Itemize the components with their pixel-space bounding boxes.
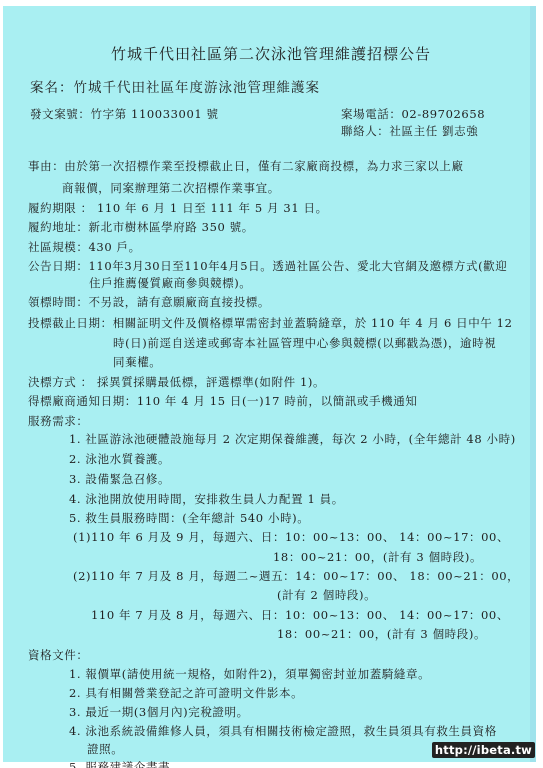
notify-date: 得標廠商通知日期：110 年 4 月 15 日(一)17 時前，以簡訊或手機通知 <box>28 394 417 408</box>
schedule-line: (計有 2 個時段)。 <box>277 588 376 602</box>
announce-line-1: 公告日期：110年3月30日至110年4月5日。透過社區公告、愛北大官網及邀標方… <box>28 259 507 273</box>
qualification-item: 2. 具有相關營業登記之許可證明文件影本。 <box>69 686 303 700</box>
service-item: 5. 救生員服務時間：(全年總計 540 小時)。 <box>69 511 309 525</box>
deadline-line-1: 投標截止日期：相關証明文件及價格標單需密封並蓋騎縫章，於 110 年 4 月 6… <box>28 316 513 330</box>
qualification-heading: 資格文件： <box>28 648 89 662</box>
schedule-line: (1)110 年 6 月及 9 月，每週六、日：10：00~13：00、 14：… <box>73 530 509 544</box>
scale: 社區規模：430 戶。 <box>28 240 141 254</box>
doc-number: 發文案號：竹字第 110033001 號 <box>30 107 219 121</box>
reason-line-1: 事由：由於第一次招標作業至投標截止日，僅有二家廠商投標，為力求三家以上廠 <box>28 159 464 173</box>
deadline-line-3: 同棄權。 <box>113 355 161 369</box>
service-heading: 服務需求： <box>28 414 89 428</box>
award-method: 決標方式 ： 採異質採購最低標，評選標準(如附件 1)。 <box>28 375 325 389</box>
service-item: 3. 設備緊急召修。 <box>69 472 170 486</box>
address: 履約地址：新北市樹林區學府路 350 號。 <box>28 220 254 234</box>
phone: 案場電話：02-89702658 <box>341 107 485 121</box>
schedule-line: (2)110 年 7 月及 8 月，每週二~週五：14：00~17：00、 18… <box>73 569 519 583</box>
contact: 聯絡人：社區主任 劉志強 <box>341 124 478 138</box>
qualification-item: 3. 最近一期(3個月內)完稅證明。 <box>69 705 249 719</box>
service-item: 2. 泳池水質養護。 <box>69 452 170 466</box>
schedule-line: 18：00~21：00，(計有 3 個時段)。 <box>273 550 482 564</box>
qualification-item: 5. 服務建議企畫書。 <box>69 760 182 768</box>
pickup-time: 領標時間：不另設，請有意願廠商直接投標。 <box>28 295 270 309</box>
case-name: 案名：竹城千代田社區年度游泳池管理維護案 <box>30 81 320 95</box>
page-title: 竹城千代田社區第二次泳池管理維護招標公告 <box>111 47 431 61</box>
term: 履約期限 ： 110 年 6 月 1 日至 111 年 5 月 31 日。 <box>28 201 328 215</box>
schedule-line: 110 年 7 月及 8 月，每週六、日：10：00~13：00、 14：00~… <box>91 608 509 622</box>
announce-line-2: 住戶推薦優質廠商參與競標)。 <box>89 276 251 290</box>
qualification-item-cont: 證照。 <box>87 742 123 756</box>
watermark: http://ibeta.tw <box>432 742 535 758</box>
page-edge-shadow <box>530 6 536 762</box>
qualification-item: 1. 報價單(請使用統一規格，如附件2)，須單獨密封並加蓋騎縫章。 <box>69 667 430 681</box>
qualification-item: 4. 泳池系統設備維修人員，須具有相關技術檢定證照，救生員須具有救生員資格 <box>69 724 497 738</box>
reason-line-2: 商報價，同案辦理第二次招標作業事宜。 <box>62 181 280 195</box>
service-item: 4. 泳池開放使用時間，安排救生員人力配置 1 員。 <box>69 492 344 506</box>
service-item: 1. 社區游泳池硬體設施每月 2 次定期保養維護，每次 2 小時，(全年總計 4… <box>69 432 516 446</box>
deadline-line-2: 時(日)前逕自送達或郵寄本社區管理中心參與競標(以郵戳為憑)，逾時視 <box>113 336 496 350</box>
schedule-line: 18：00~21：00，(計有 3 個時段)。 <box>277 627 486 641</box>
